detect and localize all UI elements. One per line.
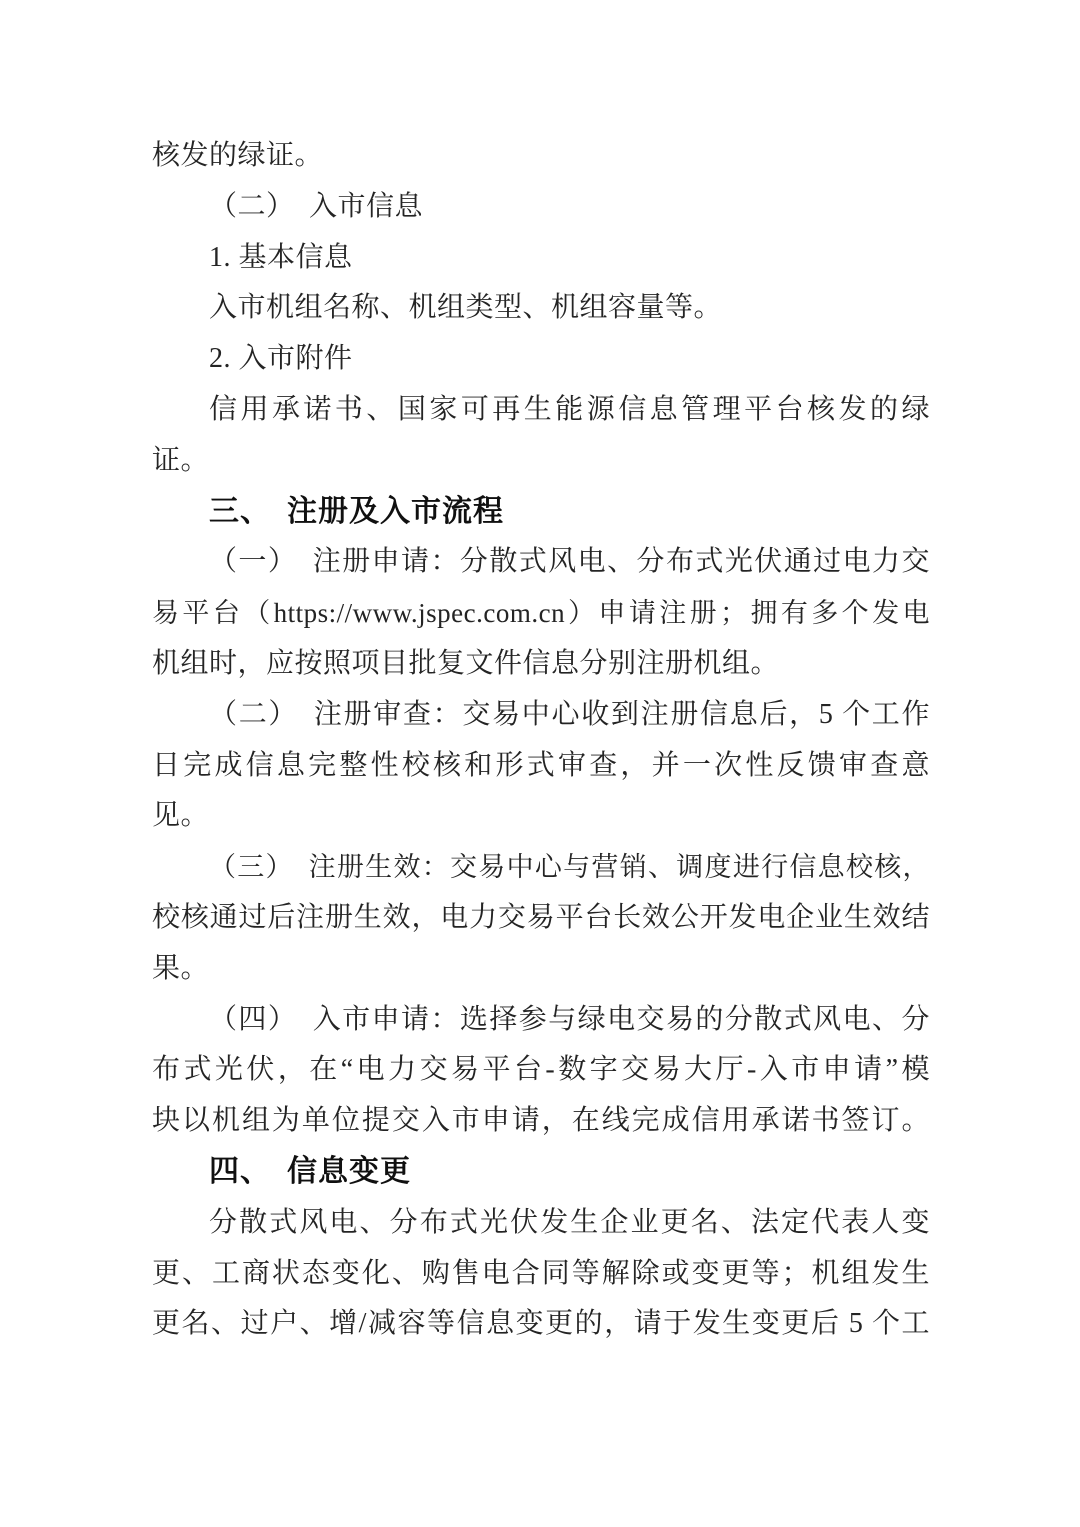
numbered-subheading: 1. 基本信息 xyxy=(152,233,930,284)
body-line: （一） 注册申请：分散式风电、分布式光伏通过电力交 xyxy=(152,537,930,588)
body-line: 块以机组为单位提交入市申请，在线完成信用承诺书签订。 xyxy=(152,1096,930,1147)
body-line: （二） 注册审查：交易中心收到注册信息后，5 个工作 xyxy=(152,690,930,741)
body-line: 入市机组名称、机组类型、机组容量等。 xyxy=(152,283,930,334)
body-line: 果。 xyxy=(152,944,930,995)
body-line: 更、工商状态变化、购售电合同等解除或变更等；机组发生 xyxy=(152,1249,930,1300)
body-line: 见。 xyxy=(152,791,930,842)
body-line: 校核通过后注册生效，电力交易平台长效公开发电企业生效结 xyxy=(152,893,930,944)
body-line: （四） 入市申请：选择参与绿电交易的分散式风电、分 xyxy=(152,995,930,1046)
numbered-subheading: 2. 入市附件 xyxy=(152,334,930,385)
section-heading: 四、 信息变更 xyxy=(152,1147,930,1198)
body-line: 分散式风电、分布式光伏发生企业更名、法定代表人变 xyxy=(152,1198,930,1249)
body-line: 布式光伏，在“电力交易平台-数字交易大厅-入市申请”模 xyxy=(152,1045,930,1096)
body-line: 证。 xyxy=(152,436,930,487)
body-line: 易平台（https://www.jspec.com.cn）申请注册；拥有多个发电 xyxy=(152,588,930,639)
body-line: 核发的绿证。 xyxy=(152,131,930,182)
body-line: （三） 注册生效：交易中心与营销、调度进行信息校核， xyxy=(152,842,930,893)
body-line: 信用承诺书、国家可再生能源信息管理平台核发的绿 xyxy=(152,385,930,436)
document-page: 核发的绿证。 （二） 入市信息 1. 基本信息 入市机组名称、机组类型、机组容量… xyxy=(0,0,1080,1527)
subsection-heading: （二） 入市信息 xyxy=(152,182,930,233)
section-heading: 三、 注册及入市流程 xyxy=(152,487,930,538)
body-line: 更名、过户、增/减容等信息变更的，请于发生变更后 5 个工 xyxy=(152,1299,930,1350)
body-line: 机组时，应按照项目批复文件信息分别注册机组。 xyxy=(152,639,930,690)
body-line: 日完成信息完整性校核和形式审查，并一次性反馈审查意 xyxy=(152,741,930,792)
